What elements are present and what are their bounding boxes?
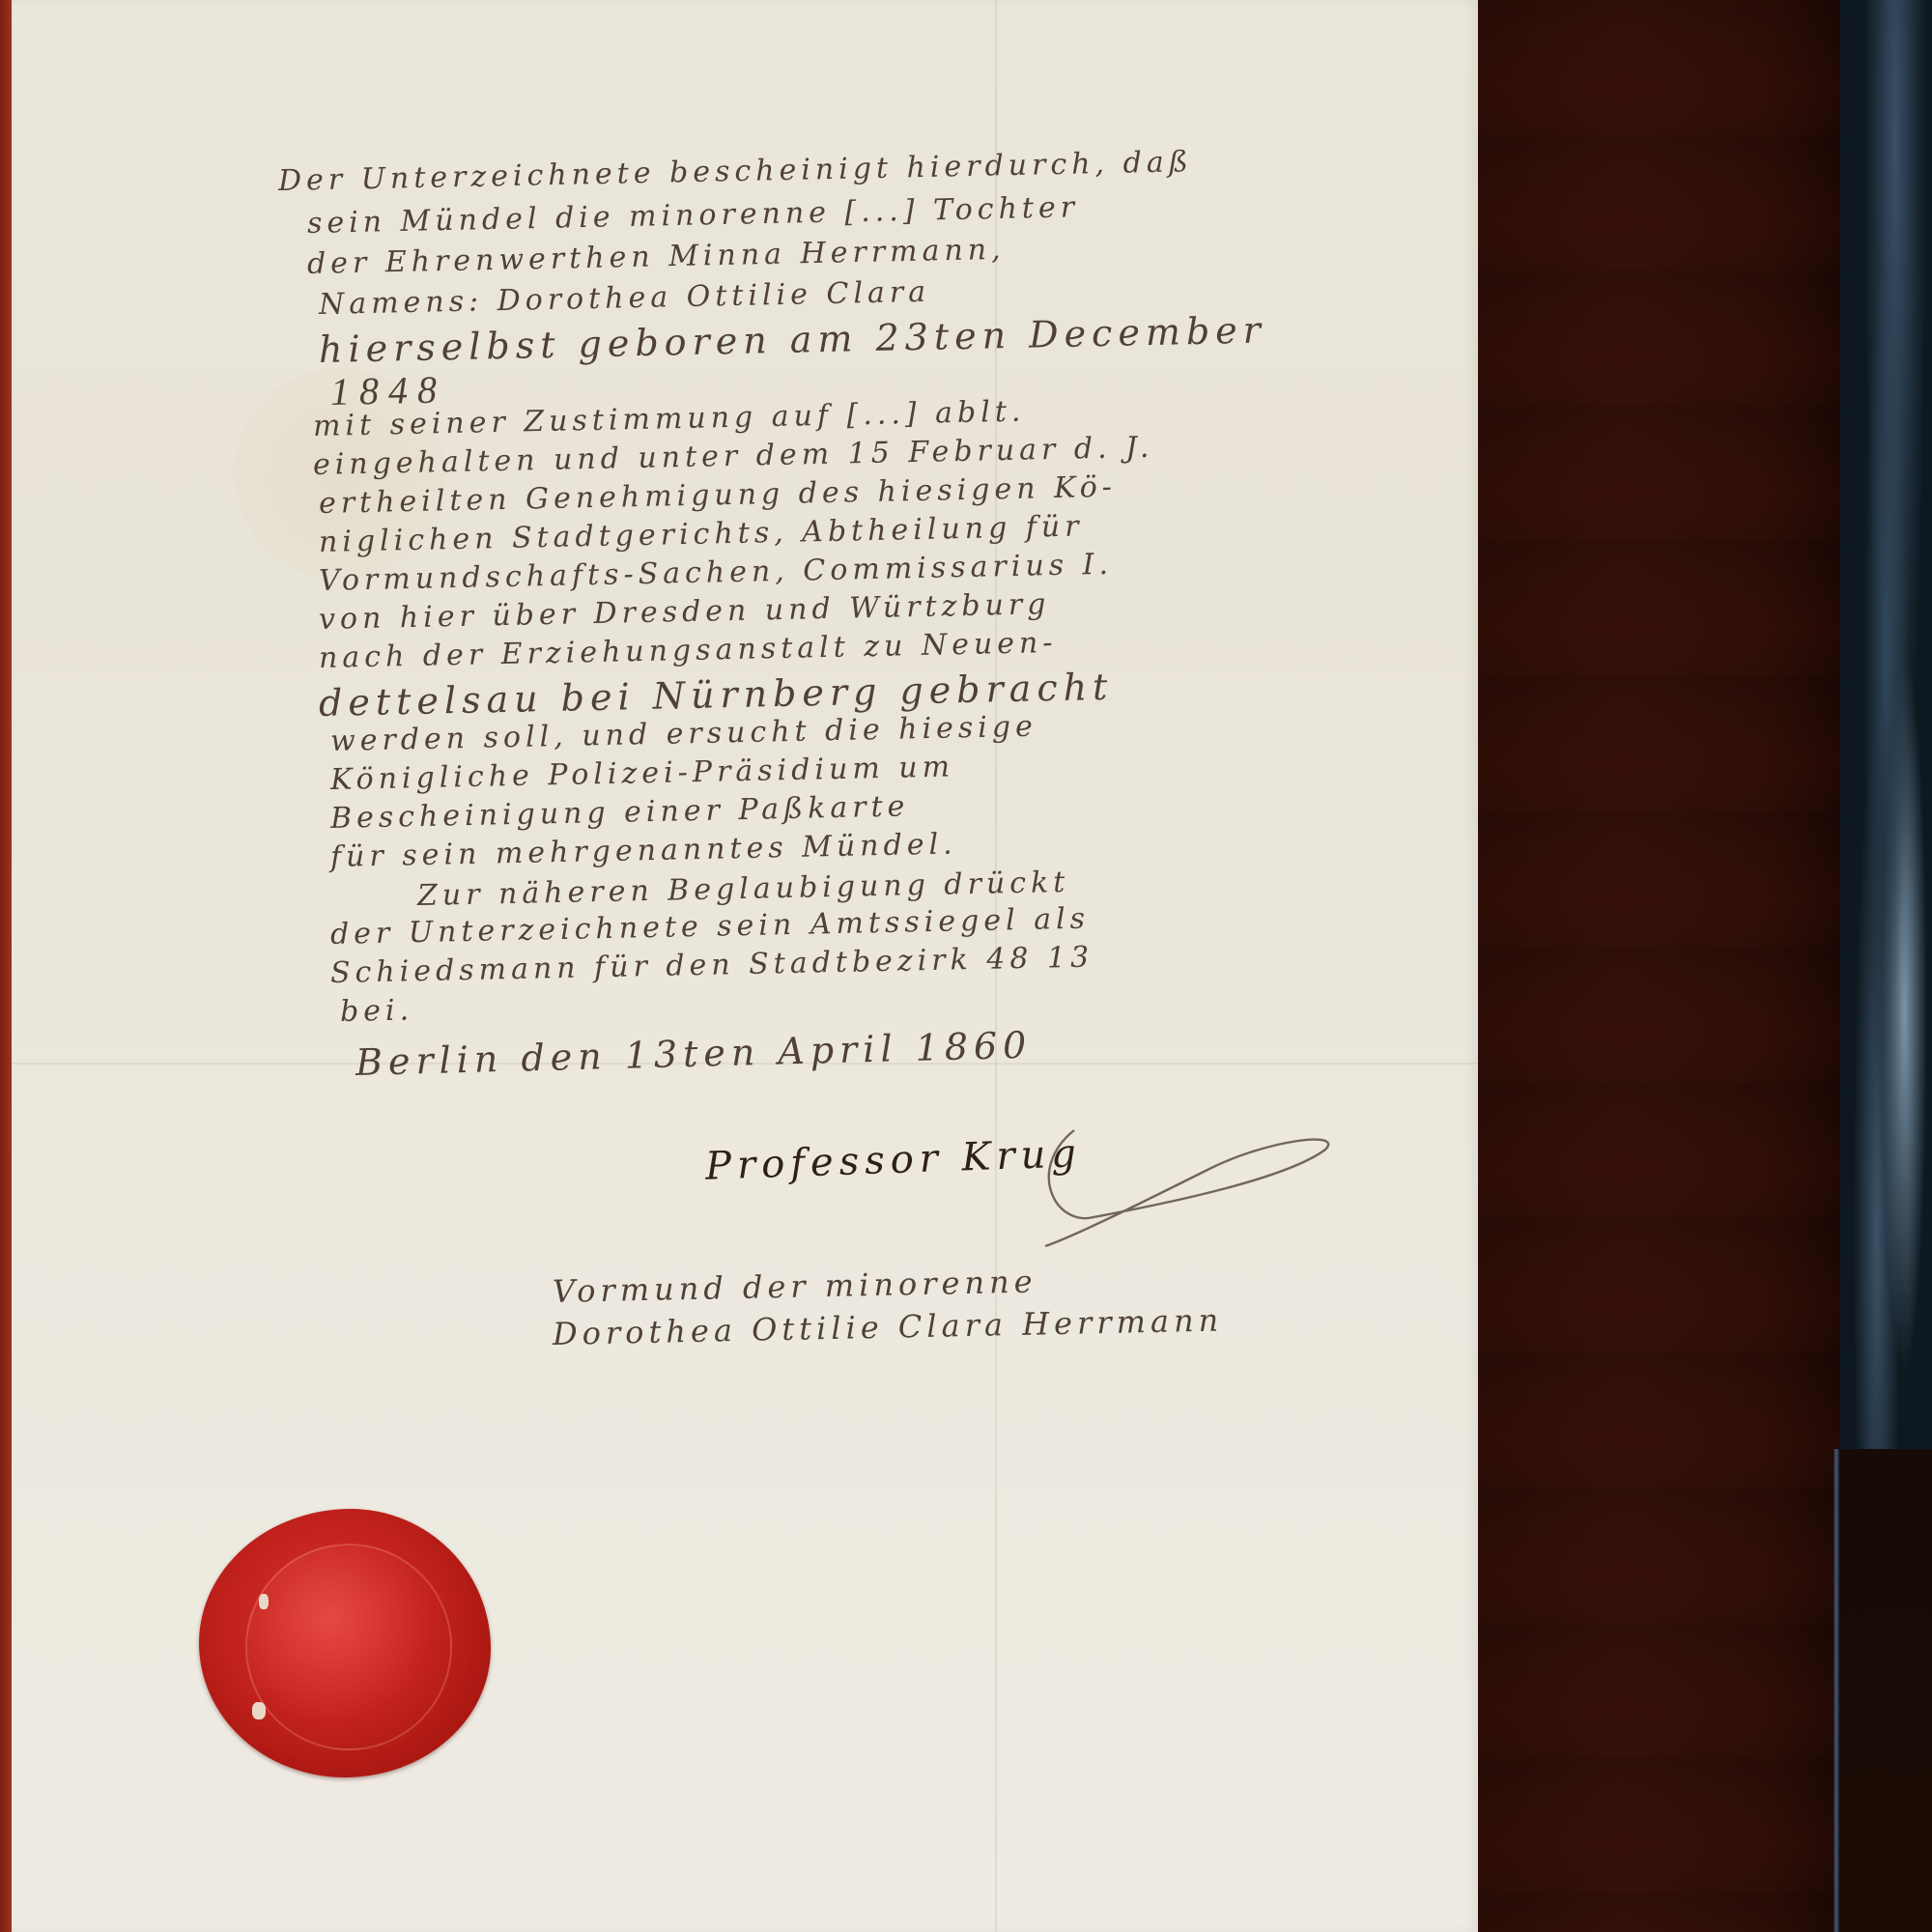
caption-line-1: Vormund der minorenne — [553, 1263, 1037, 1309]
body-line-4: Namens: Dorothea Ottilie Clara — [319, 275, 931, 322]
signature: Professor Krug — [704, 1131, 1082, 1189]
seal-chip — [259, 1594, 269, 1609]
patterned-fabric — [1840, 0, 1932, 1449]
body-line-3: der Ehrenwerthen Minna Herrmann, — [307, 233, 1006, 281]
body-line-18: für sein mehrgenanntes Mündel. — [330, 827, 957, 874]
body-line-22: bei. — [340, 993, 414, 1029]
table-edge-highlight — [1833, 1449, 1839, 1932]
body-line-17: Bescheinigung einer Paßkarte — [330, 789, 910, 836]
red-binding-edge — [0, 0, 12, 1932]
photo-scene: Der Unterzeichnete bescheinigt hierdurch… — [0, 0, 1932, 1932]
dark-floor — [1840, 1449, 1932, 1932]
wax-seal — [199, 1509, 491, 1777]
document-paper: Der Unterzeichnete bescheinigt hierdurch… — [12, 0, 1478, 1932]
caption-line-2: Dorothea Ottilie Clara Herrmann — [553, 1301, 1224, 1352]
signature-flourish — [1036, 1111, 1354, 1256]
wooden-table-surface — [1478, 0, 1840, 1932]
seal-chip — [252, 1702, 266, 1719]
place-date-line: Berlin den 13ten April 1860 — [355, 1024, 1032, 1084]
seal-emblem — [245, 1544, 452, 1750]
